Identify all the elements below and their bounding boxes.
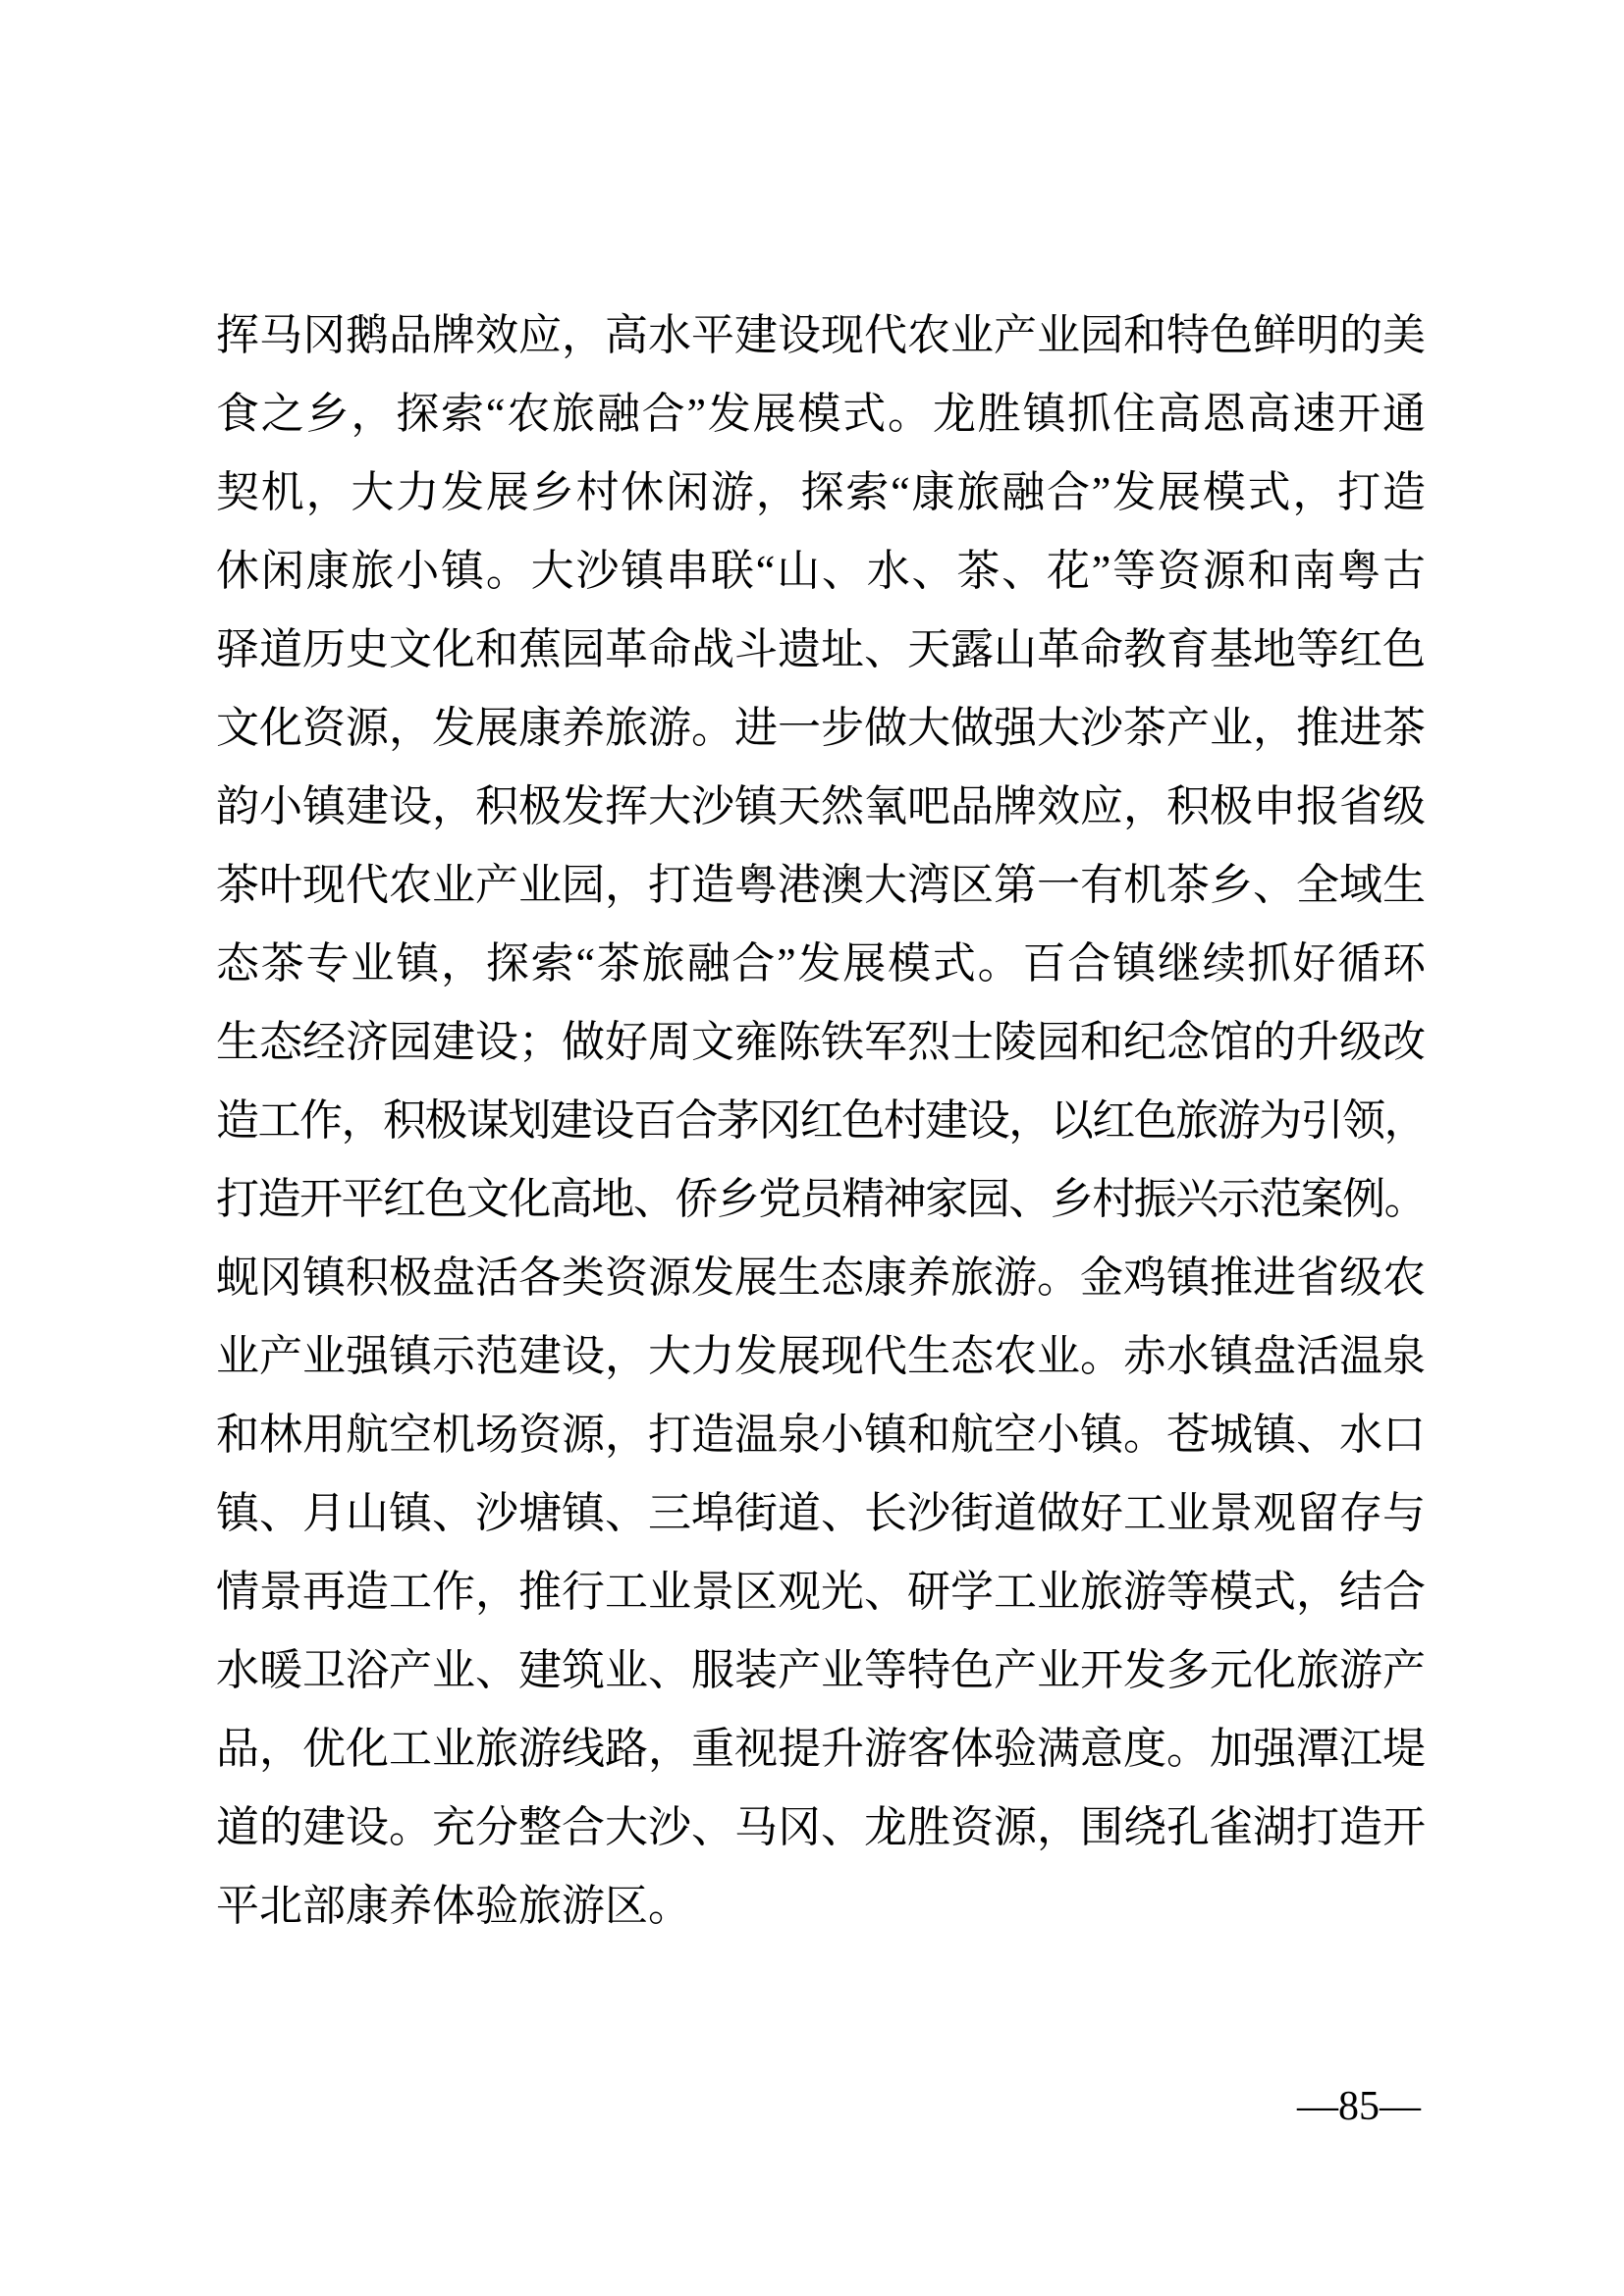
text-line: 态茶专业镇，探索“茶旅融合”发展模式。百合镇继续抓好循环 [216, 925, 1426, 1003]
text-line: 蚬冈镇积极盘活各类资源发展生态康养旅游。金鸡镇推进省级农 [216, 1239, 1426, 1317]
text-line: 水暖卫浴产业、建筑业、服装产业等特色产业开发多元化旅游产 [216, 1631, 1426, 1710]
page-number: —85— [1297, 2081, 1421, 2132]
text-line: 韵小镇建设，积极发挥大沙镇天然氧吧品牌效应，积极申报省级 [216, 768, 1426, 846]
text-line: 茶叶现代农业产业园，打造粤港澳大湾区第一有机茶乡、全域生 [216, 846, 1426, 925]
text-line: 打造开平红色文化高地、侨乡党员精神家园、乡村振兴示范案例。 [216, 1160, 1426, 1239]
text-line: 道的建设。充分整合大沙、马冈、龙胜资源，围绕孔雀湖打造开 [216, 1789, 1426, 1867]
text-line: 造工作，积极谋划建设百合茅冈红色村建设，以红色旅游为引领， [216, 1082, 1426, 1160]
text-line: 平北部康养体验旅游区。 [216, 1867, 1426, 1946]
text-line: 生态经济园建设；做好周文雍陈铁军烈士陵园和纪念馆的升级改 [216, 1003, 1426, 1082]
text-line: 和林用航空机场资源，打造温泉小镇和航空小镇。苍城镇、水口 [216, 1396, 1426, 1474]
text-line: 挥马冈鹅品牌效应，高水平建设现代农业产业园和特色鲜明的美 [216, 296, 1426, 375]
body-text: 挥马冈鹅品牌效应，高水平建设现代农业产业园和特色鲜明的美 食之乡，探索“农旅融合… [216, 296, 1426, 1946]
text-line: 食之乡，探索“农旅融合”发展模式。龙胜镇抓住高恩高速开通 [216, 375, 1426, 454]
text-line: 休闲康旅小镇。大沙镇串联“山、水、茶、花”等资源和南粤古 [216, 532, 1426, 611]
text-line: 驿道历史文化和蕉园革命战斗遗址、天露山革命教育基地等红色 [216, 611, 1426, 689]
document-page: 挥马冈鹅品牌效应，高水平建设现代农业产业园和特色鲜明的美 食之乡，探索“农旅融合… [0, 0, 1624, 2296]
text-line: 镇、月山镇、沙塘镇、三埠街道、长沙街道做好工业景观留存与 [216, 1474, 1426, 1553]
text-line: 文化资源，发展康养旅游。进一步做大做强大沙茶产业，推进茶 [216, 689, 1426, 768]
text-line: 契机，大力发展乡村休闲游，探索“康旅融合”发展模式，打造 [216, 454, 1426, 532]
text-line: 情景再造工作，推行工业景区观光、研学工业旅游等模式，结合 [216, 1553, 1426, 1631]
text-line: 品，优化工业旅游线路，重视提升游客体验满意度。加强潭江堤 [216, 1710, 1426, 1789]
text-line: 业产业强镇示范建设，大力发展现代生态农业。赤水镇盘活温泉 [216, 1317, 1426, 1396]
